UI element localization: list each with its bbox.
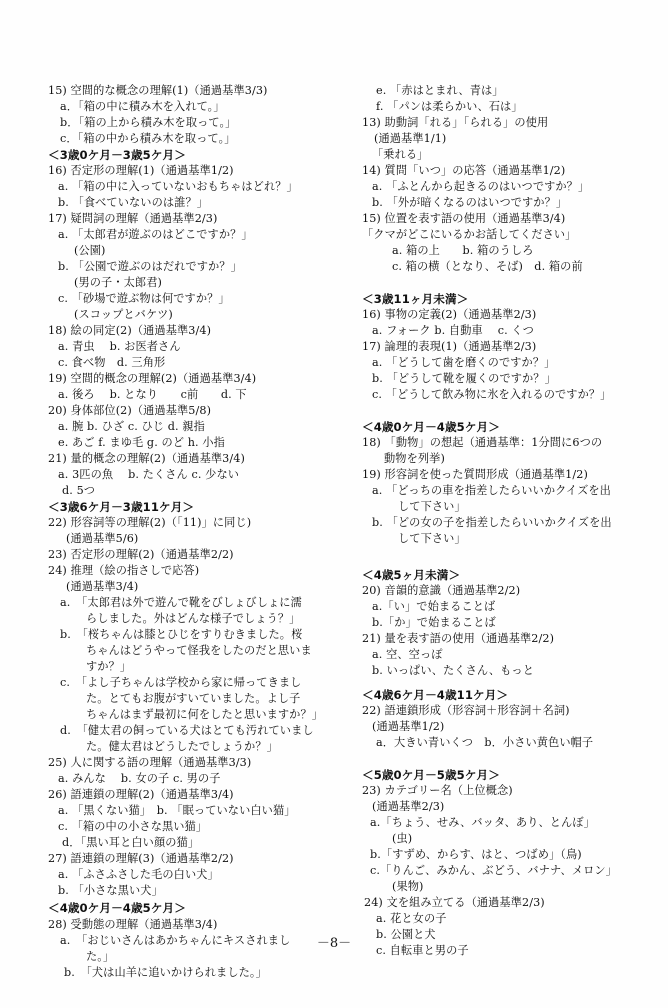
text-line: a. 「ふとんから起きるのはいつですか？」	[372, 180, 589, 194]
text-line: a. 「どうして歯を磨くのですか？」	[372, 356, 555, 370]
test-item: 28) 受動態の理解（通過基準3/4)	[48, 918, 218, 932]
test-item: 20) 音韻的意識（通過基準2/2)	[362, 584, 520, 598]
text-line: a.「ちょう、せみ、バッタ、あり、とんぼ」	[370, 816, 595, 830]
text-line: a. 「どっちの車を指差したらいいかクイズを出	[372, 484, 611, 498]
text-line: b. 「どうして靴を履くのですか？」	[372, 372, 556, 386]
text-line: a. 「箱の中に入っていないおもちゃはどれ？」	[58, 180, 298, 194]
test-item: 16) 事物の定義(2)（通過基準2/3)	[362, 308, 536, 322]
text-line: a.「い」で始まることば	[372, 600, 495, 614]
text-line: a. みんな b. 女の子 c. 男の子	[58, 772, 221, 786]
test-item: 18) 絵の同定(2)（通過基準3/4)	[48, 324, 211, 338]
text-line: a. 青虫 b. お医者さん	[58, 340, 181, 354]
text-line: b．「箱の上から積み木を取って。」	[60, 116, 236, 130]
text-line: a. 後ろ b. となり c前 d. 下	[58, 388, 247, 402]
text-line: らしました。外はどんな様子でしょう？」	[86, 612, 300, 626]
test-item: 13) 助動詞「れる」「られる」の使用	[362, 116, 548, 130]
text-line: (果物)	[392, 880, 424, 894]
test-item: 22) 形容詞等の理解(2)（「11)」に同じ)	[48, 516, 251, 530]
text-line: c.「りんご、みかん、ぶどう、バナナ、メロン」	[370, 864, 617, 878]
text-line: して下さい」	[398, 500, 466, 514]
section-heading: ＜3歳0ケ月－3歳5ケ月＞	[48, 148, 186, 162]
text-line: (公園)	[74, 244, 106, 258]
text-line: a. 「太郎君は外で遊んで靴をびしょびしょに濡	[60, 596, 302, 610]
section-heading: ＜3歳6ケ月－3歳11ケ月＞	[48, 500, 194, 514]
test-item: 25) 人に関する語の理解（通過基準3/3)	[48, 756, 251, 770]
text-line: (通過基準1/2)	[372, 720, 444, 734]
text-line: (スコップとバケツ)	[74, 308, 173, 322]
section-heading: ＜4歳5ヶ月未満＞	[362, 568, 460, 582]
section-heading: ＜3歳11ヶ月未満＞	[362, 292, 468, 306]
text-line: a．大きい青いくつ b．小さい黄色い帽子	[376, 736, 593, 750]
text-line: d．「黒い耳と白い顔の猫」	[62, 836, 199, 850]
page-number: －8－	[0, 932, 668, 951]
test-item: 24) 文を組み立てる（通過基準2/3)	[364, 896, 545, 910]
text-line: すか？」	[86, 660, 131, 674]
test-item: 16) 否定形の理解(1)（通過基準1/2)	[48, 164, 234, 178]
text-line: c. 「よし子ちゃんは学校から家に帰ってきまし	[60, 676, 301, 690]
test-item: 14) 質問「いつ」の応答（通過基準1/2)	[362, 164, 565, 178]
test-item: 23) 否定形の理解(2)（通過基準2/2)	[48, 548, 234, 562]
text-line: a. 「ふさふさした毛の白い犬」	[58, 868, 219, 882]
text-line: b. いっぱい、たくさん、もっと	[372, 664, 534, 678]
text-line: (男の子・太郎君)	[74, 276, 162, 290]
text-line: ちゃんはどうやって怪我をしたのだと思いま	[86, 644, 312, 658]
text-line: b.「すずめ、からす、はと、つばめ」（鳥)	[370, 848, 582, 862]
text-line: た。とてもお腹がすいていました。よし子	[86, 692, 300, 706]
text-line: た。」	[86, 950, 114, 964]
text-line: d. 5つ	[62, 484, 95, 498]
test-item: 23) カテゴリー名（上位概念)	[362, 784, 513, 798]
text-line: d. 「健太君の飼っている犬はとても汚れていまし	[60, 724, 314, 738]
text-line: b.「か」で始まることば	[372, 616, 496, 630]
text-line: (通過基準1/1)	[374, 132, 446, 146]
document-page: 15) 空間的な概念の理解(1)（通過基準3/3)a．「箱の中に積み木を入れて。…	[0, 0, 668, 1008]
text-line: ちゃんはまず最初に何をしたと思いますか？」	[86, 708, 323, 722]
test-item: 21) 量を表す語の使用（通過基準2/2)	[362, 632, 554, 646]
text-line: b. 「小さな黒い犬」	[58, 884, 163, 898]
section-heading: ＜4歳6ケ月－4歳11ケ月＞	[362, 688, 508, 702]
test-item: 27) 語連鎖の理解(3)（通過基準2/2)	[48, 852, 234, 866]
test-item: 26) 語連鎖の理解(2)（通過基準3/4)	[48, 788, 234, 802]
text-line: a. 空、空っぽ	[372, 648, 443, 662]
text-line: b. 「公園で遊ぶのはだれですか？」	[58, 260, 242, 274]
test-item: 15) 位置を表す語の使用（通過基準3/4)	[362, 212, 565, 226]
text-line: (通過基準5/6)	[66, 532, 138, 546]
text-line: b. 「食べていないのは誰？」	[58, 196, 208, 210]
test-item: 19) 形容詞を使った質問形成（通過基準1/2)	[362, 468, 588, 482]
test-item: 15) 空間的な概念の理解(1)（通過基準3/3)	[48, 84, 268, 98]
text-line: c. 食べ物 d. 三角形	[58, 356, 165, 370]
test-item: 17) 疑問詞の理解（通過基準2/3)	[48, 212, 218, 226]
test-item: 22) 語連鎖形成（形容詞＋形容詞＋名詞)	[362, 704, 570, 718]
text-line: 「クマがどこにいるかお話してください」	[362, 228, 576, 242]
text-line: c．「箱の中から積み木を取って。」	[60, 132, 236, 146]
text-line: (通過基準3/4)	[66, 580, 138, 594]
text-line: a. 「黒くない猫」 b. 「眠っていない白い猫」	[58, 804, 296, 818]
text-line: a. 「太郎君が遊ぶのはどこですか？」	[58, 228, 253, 242]
test-item: 19) 空間的概念の理解(2)（通過基準3/4)	[48, 372, 256, 386]
test-item: 21) 量的概念の理解(2)（通過基準3/4)	[48, 452, 245, 466]
text-line: a. 箱の上 b. 箱のうしろ	[392, 244, 534, 258]
text-line: b. 「犬は山羊に追いかけられました。」	[64, 966, 267, 980]
text-line: c. 「箱の中の小さな黒い猫」	[58, 820, 207, 834]
section-heading: ＜4歳0ケ月－4歳5ケ月＞	[362, 420, 500, 434]
text-line: b. 「外が暗くなるのはいつですか？」	[372, 196, 567, 210]
text-line: (通過基準2/3)	[372, 800, 444, 814]
text-line: た。健太君はどうしたでしょうか？」	[86, 740, 278, 754]
text-line: b. 「どの女の子を指差したらいいかクイズを出	[372, 516, 612, 530]
text-line: c. 「どうして飲み物に氷を入れるのですか？」	[372, 388, 611, 402]
test-item: 20) 身体部位(2)（通過基準5/8)	[48, 404, 211, 418]
section-heading: ＜5歳0ケ月－5歳5ケ月＞	[362, 768, 500, 782]
text-line: a．「箱の中に積み木を入れて。」	[60, 100, 225, 114]
text-line: a. 花と女の子	[376, 912, 447, 926]
test-item: 18) 「動物」の想起（通過基準：1分間に6つの	[362, 436, 602, 450]
text-line: e. あご f. まゆ毛 g. のど h. 小指	[58, 436, 225, 450]
text-line: b. 「桜ちゃんは膝とひじをすりむきました。桜	[60, 628, 302, 642]
text-line: 「乗れる」	[372, 148, 428, 162]
text-line: a. フォーク b. 自動車 c. くつ	[372, 324, 534, 338]
text-line: a. 3匹の魚 b. たくさん c. 少ない	[58, 468, 239, 482]
test-item: 24) 推理（絵の指さしで応答)	[48, 564, 199, 578]
text-line: e. 「赤はとまれ、青は」	[376, 84, 504, 98]
text-line: 動物を列挙)	[384, 452, 445, 466]
text-line: c. 「砂場で遊ぶ物は何ですか？」	[58, 292, 230, 306]
text-line: a. 腕 b. ひざ c. ひじ d. 親指	[58, 420, 205, 434]
text-line: して下さい」	[398, 532, 466, 546]
text-line: f. 「パンは柔らかい、石は」	[376, 100, 523, 114]
test-item: 17) 論理的表現(1)（通過基準2/3)	[362, 340, 536, 354]
text-line: (虫)	[392, 832, 412, 846]
text-line: c. 箱の横（となり、そば) d. 箱の前	[392, 260, 583, 274]
section-heading: ＜4歳0ケ月－4歳5ケ月＞	[48, 901, 186, 915]
